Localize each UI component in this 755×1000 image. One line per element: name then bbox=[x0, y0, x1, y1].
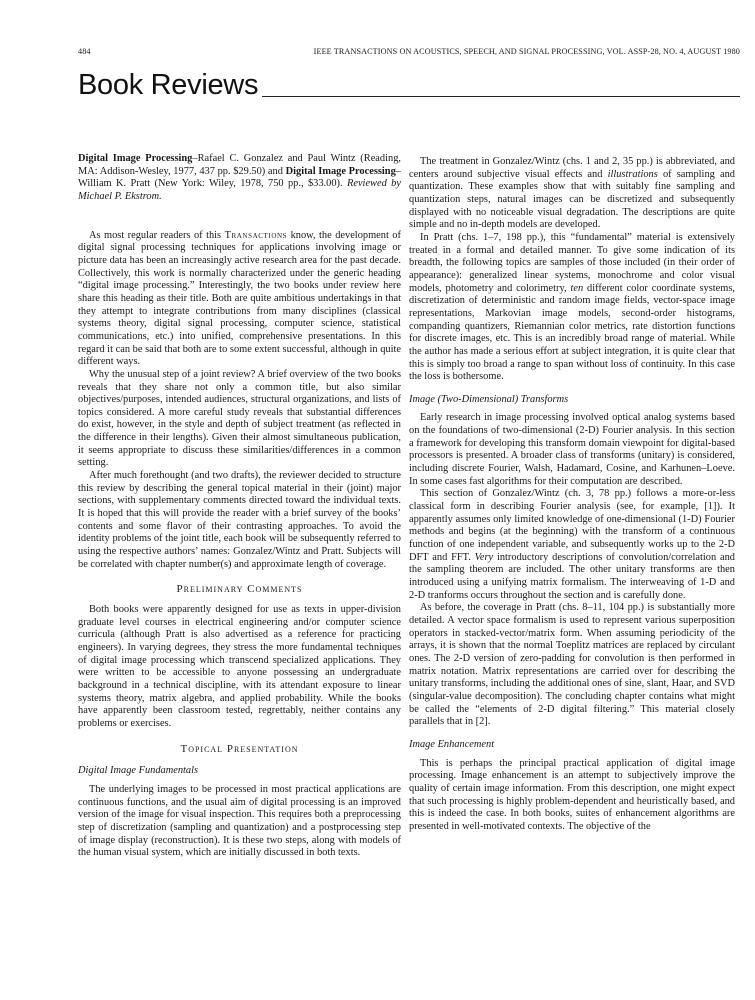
fundamentals-paragraph-3: In Pratt (chs. 1–7, 198 pp.), this “fund… bbox=[409, 232, 735, 384]
enhancement-paragraph-1: This is perhaps the principal practical … bbox=[409, 758, 735, 834]
left-column: Digital Image Processing–Rafael C. Gonza… bbox=[78, 153, 401, 860]
emphasis: Very bbox=[475, 552, 493, 563]
text: know, the development of digital signal … bbox=[78, 230, 401, 368]
preliminary-paragraph: Both books were apparently designed for … bbox=[78, 604, 401, 731]
transforms-paragraph-1: Early research in image processing invol… bbox=[409, 412, 735, 488]
book1-title: Digital Image Processing bbox=[78, 153, 192, 164]
text: As most regular readers of this bbox=[89, 230, 221, 241]
emphasis: ten bbox=[570, 283, 583, 294]
section-title: Book Reviews bbox=[78, 69, 740, 101]
intro-paragraph-2: Why the unusual step of a joint review? … bbox=[78, 369, 401, 470]
fundamentals-paragraph-2: The treatment in Gonzalez/Wintz (chs. 1 … bbox=[409, 156, 735, 232]
transforms-paragraph-3: As before, the coverage in Pratt (chs. 8… bbox=[409, 602, 735, 729]
page-number: 484 bbox=[78, 47, 164, 56]
heading-topical-presentation: Topical Presentation bbox=[78, 743, 401, 756]
title-rule bbox=[262, 96, 740, 97]
transforms-paragraph-2: This section of Gonzalez/Wintz (ch. 3, 7… bbox=[409, 488, 735, 602]
right-column: The treatment in Gonzalez/Wintz (chs. 1 … bbox=[409, 156, 735, 833]
fundamentals-paragraph-1: The underlying images to be processed in… bbox=[78, 784, 401, 860]
section-title-text: Book Reviews bbox=[78, 69, 258, 101]
journal-title: IEEE TRANSACTIONS ON ACOUSTICS, SPEECH, … bbox=[164, 47, 740, 56]
subheading-transforms: Image (Two-Dimensional) Transforms bbox=[409, 394, 735, 407]
running-head: 484 IEEE TRANSACTIONS ON ACOUSTICS, SPEE… bbox=[78, 47, 740, 56]
intro-paragraph-1: As most regular readers of this Transact… bbox=[78, 230, 401, 369]
intro-paragraph-3: After much forethought (and two drafts),… bbox=[78, 470, 401, 571]
book2-title: Digital Image Processing bbox=[286, 166, 396, 177]
book-citation: Digital Image Processing–Rafael C. Gonza… bbox=[78, 153, 401, 204]
emphasis: illustrations bbox=[608, 169, 658, 180]
heading-preliminary-comments: Preliminary Comments bbox=[78, 583, 401, 596]
subheading-enhancement: Image Enhancement bbox=[409, 739, 735, 752]
transactions-smallcaps: Transactions bbox=[225, 230, 288, 241]
text: different color coordinate systems, disc… bbox=[409, 283, 735, 383]
subheading-fundamentals: Digital Image Fundamentals bbox=[78, 765, 401, 778]
